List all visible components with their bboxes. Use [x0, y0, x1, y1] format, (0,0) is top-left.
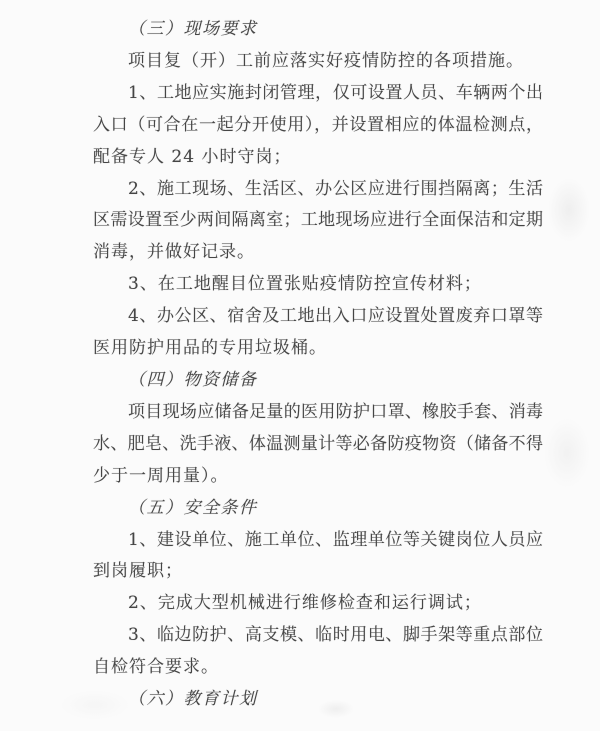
paragraph: 3、临边防护、高支模、临时用电、脚手架等重点部位自检符合要求。	[93, 620, 543, 684]
text-line: 消毒，并做好记录。	[93, 237, 543, 269]
text-line: 到岗履职；	[93, 556, 543, 588]
paragraph: 2、完成大型机械进行维修检查和运行调试；	[93, 588, 543, 620]
text-line: 自检符合要求。	[93, 652, 543, 684]
text-line: 少于一周用量）。	[93, 461, 543, 493]
document-body: （三）现场要求项目复（开）工前应落实好疫情防控的各项措施。1、工地应实施封闭管理…	[93, 14, 543, 716]
text-line: 2、施工现场、生活区、办公区应进行围挡隔离；生活	[93, 174, 543, 206]
paragraph: 项目复（开）工前应落实好疫情防控的各项措施。	[93, 46, 543, 78]
text-line: 区需设置至少两间隔离室；工地现场应进行全面保洁和定期	[93, 205, 543, 237]
text-line: 1、工地应实施封闭管理，仅可设置人员、车辆两个出	[93, 78, 543, 110]
text-line: 配备专人 24 小时守岗；	[93, 142, 543, 174]
text-line: 项目现场应储备足量的医用防护口罩、橡胶手套、消毒	[93, 397, 543, 429]
text-line: 4、办公区、宿舍及工地出入口应设置处置废弃口罩等	[93, 301, 543, 333]
text-line: 入口（可合在一起分开使用），并设置相应的体温检测点，	[93, 110, 543, 142]
document-page: （三）现场要求项目复（开）工前应落实好疫情防控的各项措施。1、工地应实施封闭管理…	[0, 0, 600, 731]
paragraph: 3、在工地醒目位置张贴疫情防控宣传材料；	[93, 269, 543, 301]
paragraph: 项目现场应储备足量的医用防护口罩、橡胶手套、消毒水、肥皂、洗手液、体温测量计等必…	[93, 397, 543, 493]
text-line: 2、完成大型机械进行维修检查和运行调试；	[93, 588, 543, 620]
scan-smudge	[544, 418, 590, 488]
section-heading: （三）现场要求	[93, 14, 543, 46]
text-line: （三）现场要求	[93, 14, 543, 46]
text-line: 水、肥皂、洗手液、体温测量计等必备防疫物资（储备不得	[93, 429, 543, 461]
text-line: （四）物资储备	[93, 365, 543, 397]
paragraph: 1、建设单位、施工单位、监理单位等关键岗位人员应到岗履职；	[93, 525, 543, 589]
paragraph: 1、工地应实施封闭管理，仅可设置人员、车辆两个出入口（可合在一起分开使用），并设…	[93, 78, 543, 174]
text-line: （六）教育计划	[93, 684, 543, 716]
paragraph: 4、办公区、宿舍及工地出入口应设置处置废弃口罩等医用防护用品的专用垃圾桶。	[93, 301, 543, 365]
text-line: 3、临边防护、高支模、临时用电、脚手架等重点部位	[93, 620, 543, 652]
text-line: 1、建设单位、施工单位、监理单位等关键岗位人员应	[93, 525, 543, 557]
section-heading: （六）教育计划	[93, 684, 543, 716]
paragraph: 2、施工现场、生活区、办公区应进行围挡隔离；生活区需设置至少两间隔离室；工地现场…	[93, 174, 543, 270]
section-heading: （四）物资储备	[93, 365, 543, 397]
text-line: 项目复（开）工前应落实好疫情防控的各项措施。	[93, 46, 543, 78]
text-line: 3、在工地醒目位置张贴疫情防控宣传材料；	[93, 269, 543, 301]
scan-smudge	[548, 178, 590, 242]
text-line: （五）安全条件	[93, 493, 543, 525]
text-line: 医用防护用品的专用垃圾桶。	[93, 333, 543, 365]
section-heading: （五）安全条件	[93, 493, 543, 525]
